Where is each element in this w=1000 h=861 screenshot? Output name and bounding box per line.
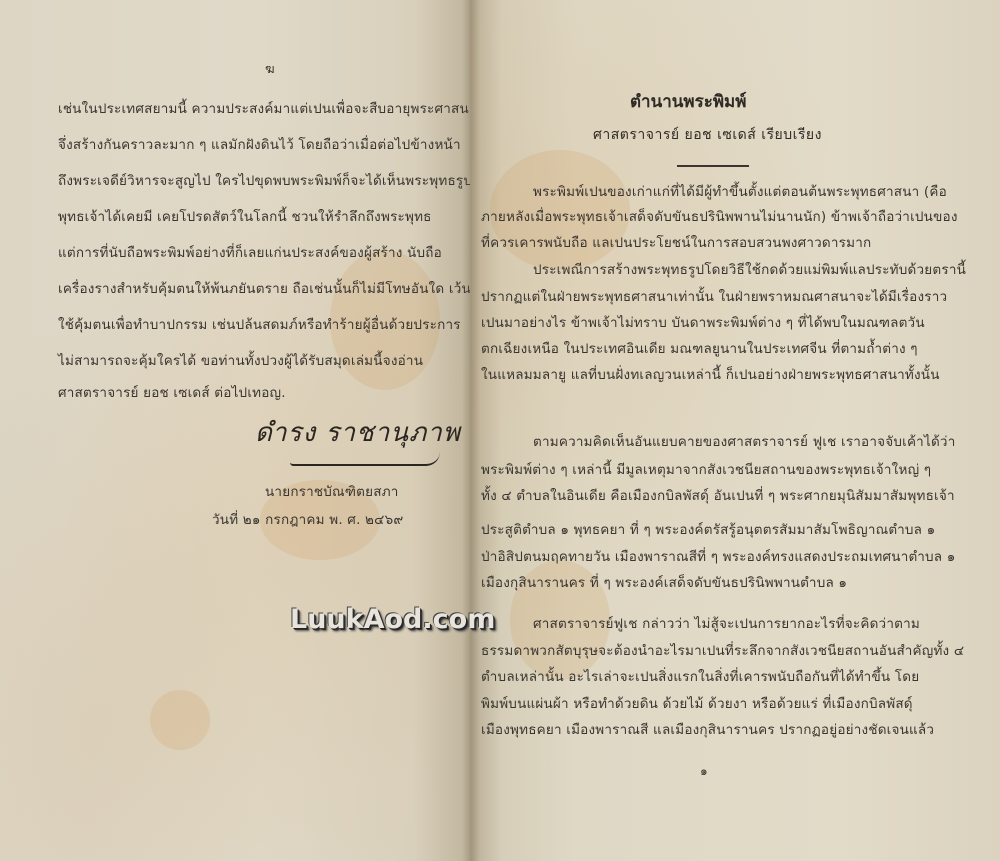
right-text-line: เมืองกุสินารานคร ที่ ๆ พระองค์เสด็จดับขั… bbox=[481, 571, 847, 593]
right-text-line: ที่ควรเคารพนับถือ แลเปนประโยชน์ในการสอบส… bbox=[481, 231, 871, 253]
right-text-line: ประเพณีการสร้างพระพุทธรูปโดยวิธีใช้กดด้ว… bbox=[533, 258, 966, 280]
chapter-title: ตำนานพระพิมพ์ bbox=[630, 88, 746, 115]
right-text-line: ในแหลมมลายู แลที่บนฝั่งทเลญวนเหล่านี้ ก็… bbox=[481, 363, 940, 385]
left-page-marker: ฆ bbox=[265, 58, 275, 79]
right-text-line: พระพิมพ์เปนของเก่าแก่ที่ได้มีผู้ทำขึ้นตั… bbox=[533, 180, 947, 202]
left-page: ฆ เช่นในประเทศสยามนี้ ความประสงค์มาแต่เป… bbox=[0, 0, 470, 861]
right-text-line: ปรากฏแต่ในฝ่ายพระพุทธศาสนาเท่านั้น ในฝ่า… bbox=[481, 285, 947, 307]
right-text-line: ตามความคิดเห็นอันแยบคายของศาสตราจารย์ ฟู… bbox=[533, 430, 955, 452]
left-text-line: ไม่สามารถจะคุ้มใครได้ ขอท่านทั้งปวงผู้ได… bbox=[58, 349, 423, 371]
right-text-line: เมืองพุทธคยา เมืองพาราณสี แลเมืองกุสินาร… bbox=[481, 718, 934, 740]
left-text-line: เครื่องรางสำหรับคุ้มตนให้พ้นภยันตราย ถือ… bbox=[58, 277, 470, 299]
signature-flourish bbox=[290, 452, 440, 466]
left-text-line: ถึงพระเจดีย์วิหารจะสูญไป ใครไปขุดพบพระพิ… bbox=[58, 169, 470, 191]
right-text-line: ตกเฉียงเหนือ ในประเทศอินเดีย มณฑลยูนานใน… bbox=[481, 337, 918, 359]
left-text-line: เช่นในประเทศสยามนี้ ความประสงค์มาแต่เปนเ… bbox=[58, 97, 470, 119]
signer-title: นายกราชบัณฑิตยสภา bbox=[265, 480, 399, 502]
left-text-line: ศาสตราจารย์ ยอช เซเดส์ ต่อไปเทอญ. bbox=[58, 381, 286, 403]
chapter-author: ศาสตราจารย์ ยอช เซเดส์ เรียบเรียง bbox=[593, 124, 822, 146]
right-text-line: พระพิมพ์ต่าง ๆ เหล่านี้ มีมูลเหตุมาจากสั… bbox=[481, 458, 931, 480]
paper-stain bbox=[150, 690, 210, 750]
watermark-logo: LuukAod.com bbox=[290, 604, 495, 635]
right-text-line: เปนมาอย่างไร ข้าพเจ้าไม่ทราบ บันดาพระพิม… bbox=[481, 311, 925, 333]
right-text-line: ประสูติตำบล ๑ พุทธคยา ที่ ๆ พระองค์ตรัสร… bbox=[481, 518, 935, 540]
right-text-line: ตำบลเหล่านั้น อะไรเล่าจะเปนสิ่งแรกในสิ่ง… bbox=[481, 665, 919, 687]
right-text-line: ทั้ง ๔ ตำบลในอินเดีย คือเมืองกบิลพัสดุ์ … bbox=[481, 484, 955, 506]
signature: ดำรง ราชานุภาพ bbox=[255, 412, 461, 453]
left-text-line: พุทธเจ้าได้เคยมี เคยโปรดสัตว์ในโลกนี้ ชว… bbox=[58, 205, 432, 227]
right-text-line: ธรรมดาพวกสัตบุรุษจะต้องนำอะไรมาเปนที่ระล… bbox=[481, 639, 964, 661]
title-divider bbox=[677, 165, 749, 167]
right-text-line: ป่าอิสิปตนมฤคทายวัน เมืองพาราณสีที่ ๆ พร… bbox=[481, 545, 956, 567]
right-text-line: ศาสตราจารย์ฟูเช กล่าวว่า ไม่สู้จะเปนการย… bbox=[533, 612, 920, 634]
left-text-line: จึ่งสร้างกันคราวละมาก ๆ แลมักฝังดินไว้ โ… bbox=[58, 133, 461, 155]
page-number: ๑ bbox=[700, 762, 708, 781]
signature-date: วันที่ ๒๑ กรกฎาคม พ. ศ. ๒๔๖๙ bbox=[212, 508, 403, 530]
left-text-line: ใช้คุ้มตนเพื่อทำบาปกรรม เช่นปล้นสดมภ์หรื… bbox=[58, 313, 461, 335]
right-text-line: ภายหลังเมื่อพระพุทธเจ้าเสด็จดับขันธปรินิ… bbox=[481, 205, 958, 227]
right-text-line: พิมพ์บนแผ่นผ้า หรือทำด้วยดิน ด้วยไม้ ด้ว… bbox=[481, 692, 913, 714]
left-text-line: แต่การที่นับถือพระพิมพ์อย่างที่ก็เลยแก่น… bbox=[58, 241, 442, 263]
book-gutter bbox=[462, 0, 480, 861]
